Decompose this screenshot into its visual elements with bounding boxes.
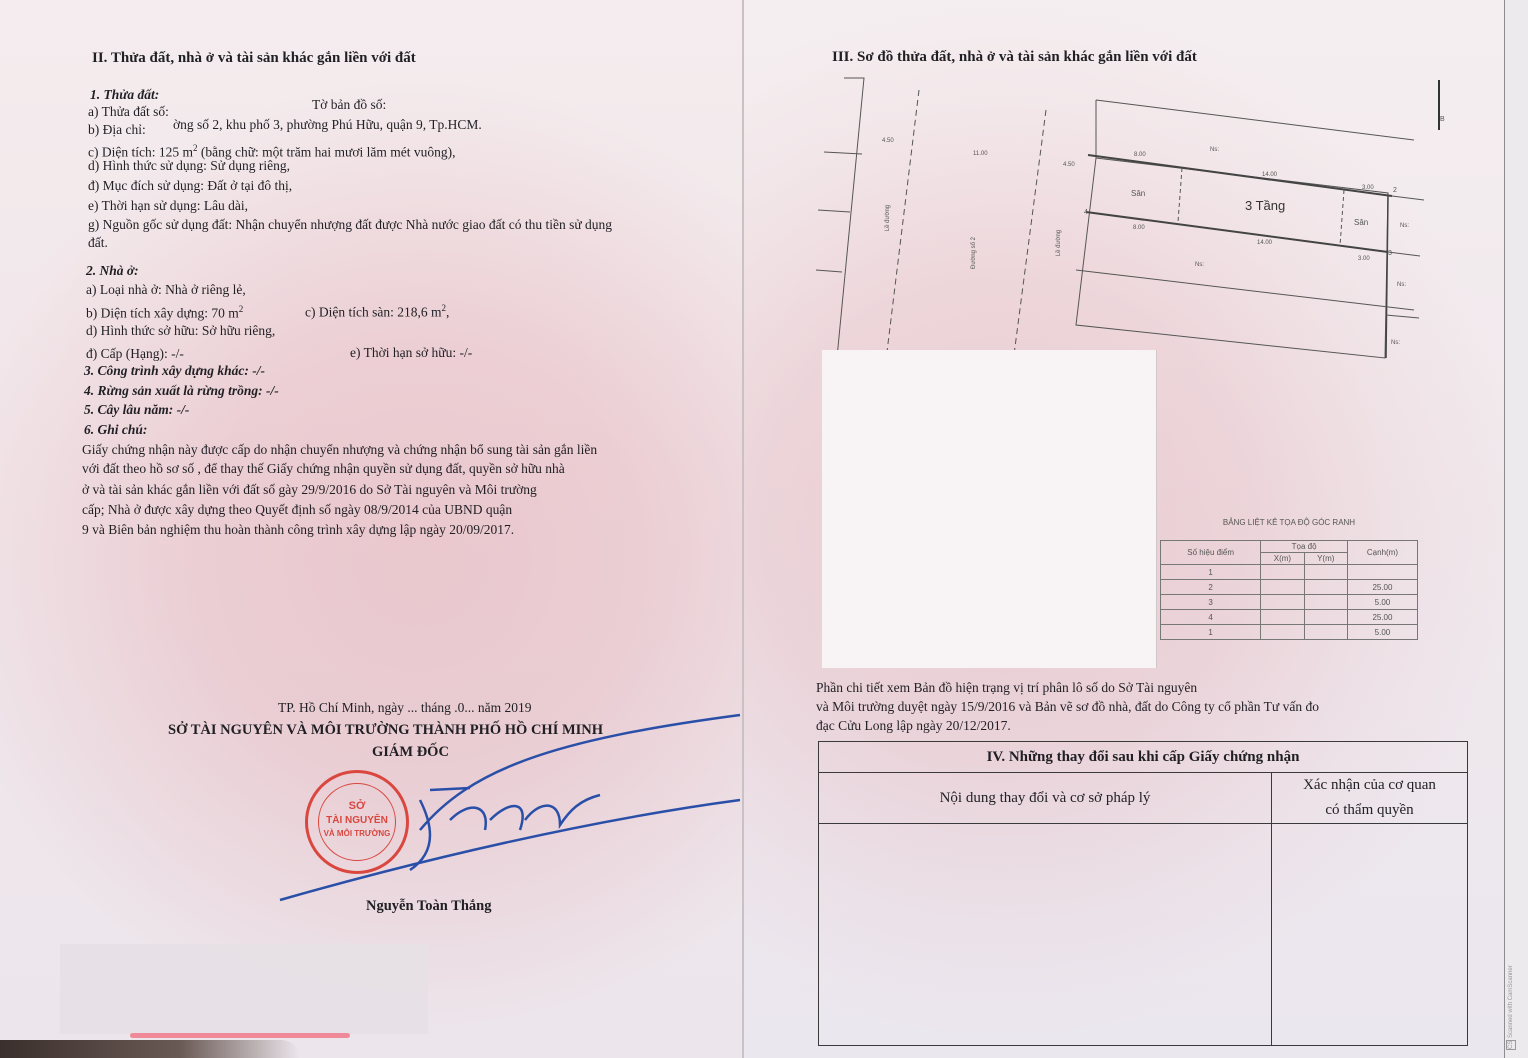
- floor-area: c) Diện tích sàn: 218,6 m2,: [305, 299, 449, 322]
- detail-note-line: Phần chi tiết xem Bản đồ hiện trạng vị t…: [816, 679, 1197, 697]
- build-area: b) Diện tích xây dựng: 70 m2: [86, 300, 243, 323]
- use-term: e) Thời hạn sử dụng: Lâu dài,: [88, 197, 248, 215]
- note-line: ở và tài sản khác gắn liền với đất số gà…: [82, 481, 537, 499]
- scan-shadow: [0, 1040, 300, 1058]
- use-purpose: đ) Mục đích sử dụng: Đất ở tại đô thị,: [88, 177, 292, 195]
- house-grade: đ) Cấp (Hạng): -/-: [86, 345, 184, 363]
- note-line: cấp; Nhà ở được xây dựng theo Quyết định…: [82, 501, 512, 519]
- parcel-number-label: a) Thửa đất số:: [88, 103, 169, 121]
- coord-row: 1: [1161, 565, 1418, 580]
- changes-table-title: IV. Những thay đổi sau khi cấp Giấy chứn…: [819, 742, 1467, 773]
- coord-table-title: BẢNG LIỆT KÊ TỌA ĐỘ GÓC RANH: [1160, 518, 1418, 527]
- note-line: Giấy chứng nhận này được cấp do nhận chu…: [82, 441, 597, 459]
- page-edge: [1504, 0, 1528, 1058]
- decorative-line: [130, 1033, 350, 1038]
- coord-row: 425.00: [1161, 610, 1418, 625]
- map-sheet-label: Tờ bản đồ số:: [312, 96, 386, 114]
- production-forest: 4. Rừng sản xuất là rừng trồng: -/-: [84, 382, 279, 400]
- use-form: d) Hình thức sử dụng: Sử dụng riêng,: [88, 157, 290, 175]
- changes-col-confirmation: Xác nhận của cơ quan có thẩm quyền: [1271, 773, 1467, 824]
- house-type: a) Loại nhà ở: Nhà ở riêng lẻ,: [86, 281, 246, 299]
- changes-col-content: Nội dung thay đổi và cơ sở pháp lý: [819, 773, 1271, 824]
- house-heading: 2. Nhà ở:: [86, 262, 139, 280]
- land-heading: 1. Thửa đất:: [90, 86, 159, 104]
- coord-row: 225.00: [1161, 580, 1418, 595]
- notes-heading: 6. Ghi chú:: [84, 421, 147, 439]
- other-works: 3. Công trình xây dựng khác: -/-: [84, 362, 265, 380]
- ownership-form: d) Hình thức sở hữu: Sở hữu riêng,: [86, 322, 275, 340]
- section-ii-title: II. Thửa đất, nhà ở và tài sản khác gắn …: [92, 49, 416, 67]
- note-line: 9 và Biên bản nghiệm thu hoàn thành công…: [82, 521, 514, 539]
- land-origin-line1: g) Nguồn gốc sử dụng đất: Nhận chuyển nh…: [88, 216, 612, 234]
- coord-table: Số hiệu điểm Tọa độ Cạnh(m) X(m) Y(m) 12…: [1160, 540, 1418, 640]
- land-sketch: [814, 70, 1504, 370]
- scanner-watermark: CS Scanned with CamScanner: [1508, 930, 1524, 1050]
- north-arrow-label: B: [1440, 116, 1445, 123]
- signer-name: Nguyễn Toàn Thắng: [366, 897, 491, 915]
- detail-note-line: đạc Cửu Long lập ngày 20/12/2017.: [816, 717, 1011, 735]
- section-iii-title: III. Sơ đồ thửa đất, nhà ở và tài sản kh…: [832, 48, 1197, 66]
- coord-row: 15.00: [1161, 625, 1418, 640]
- detail-note-line: và Môi trường duyệt ngày 15/9/2016 và Bả…: [816, 698, 1319, 716]
- land-origin-line2: đất.: [88, 234, 108, 252]
- coord-row: 35.00: [1161, 595, 1418, 610]
- ownership-term: e) Thời hạn sở hữu: -/-: [350, 344, 472, 362]
- redacted-map: [822, 350, 1157, 668]
- changes-table: IV. Những thay đổi sau khi cấp Giấy chứn…: [818, 741, 1468, 1046]
- building-label: 3 Tầng: [1245, 198, 1285, 213]
- note-line: với đất theo hồ sơ số , để thay thế Giấy…: [82, 460, 565, 478]
- address-value: ờng số 2, khu phố 3, phường Phú Hữu, quậ…: [173, 116, 482, 134]
- redacted-area: [60, 944, 428, 1034]
- signature: [270, 700, 750, 920]
- address-label: b) Địa chỉ:: [88, 121, 146, 139]
- perennial-trees: 5. Cây lâu năm: -/-: [84, 401, 189, 419]
